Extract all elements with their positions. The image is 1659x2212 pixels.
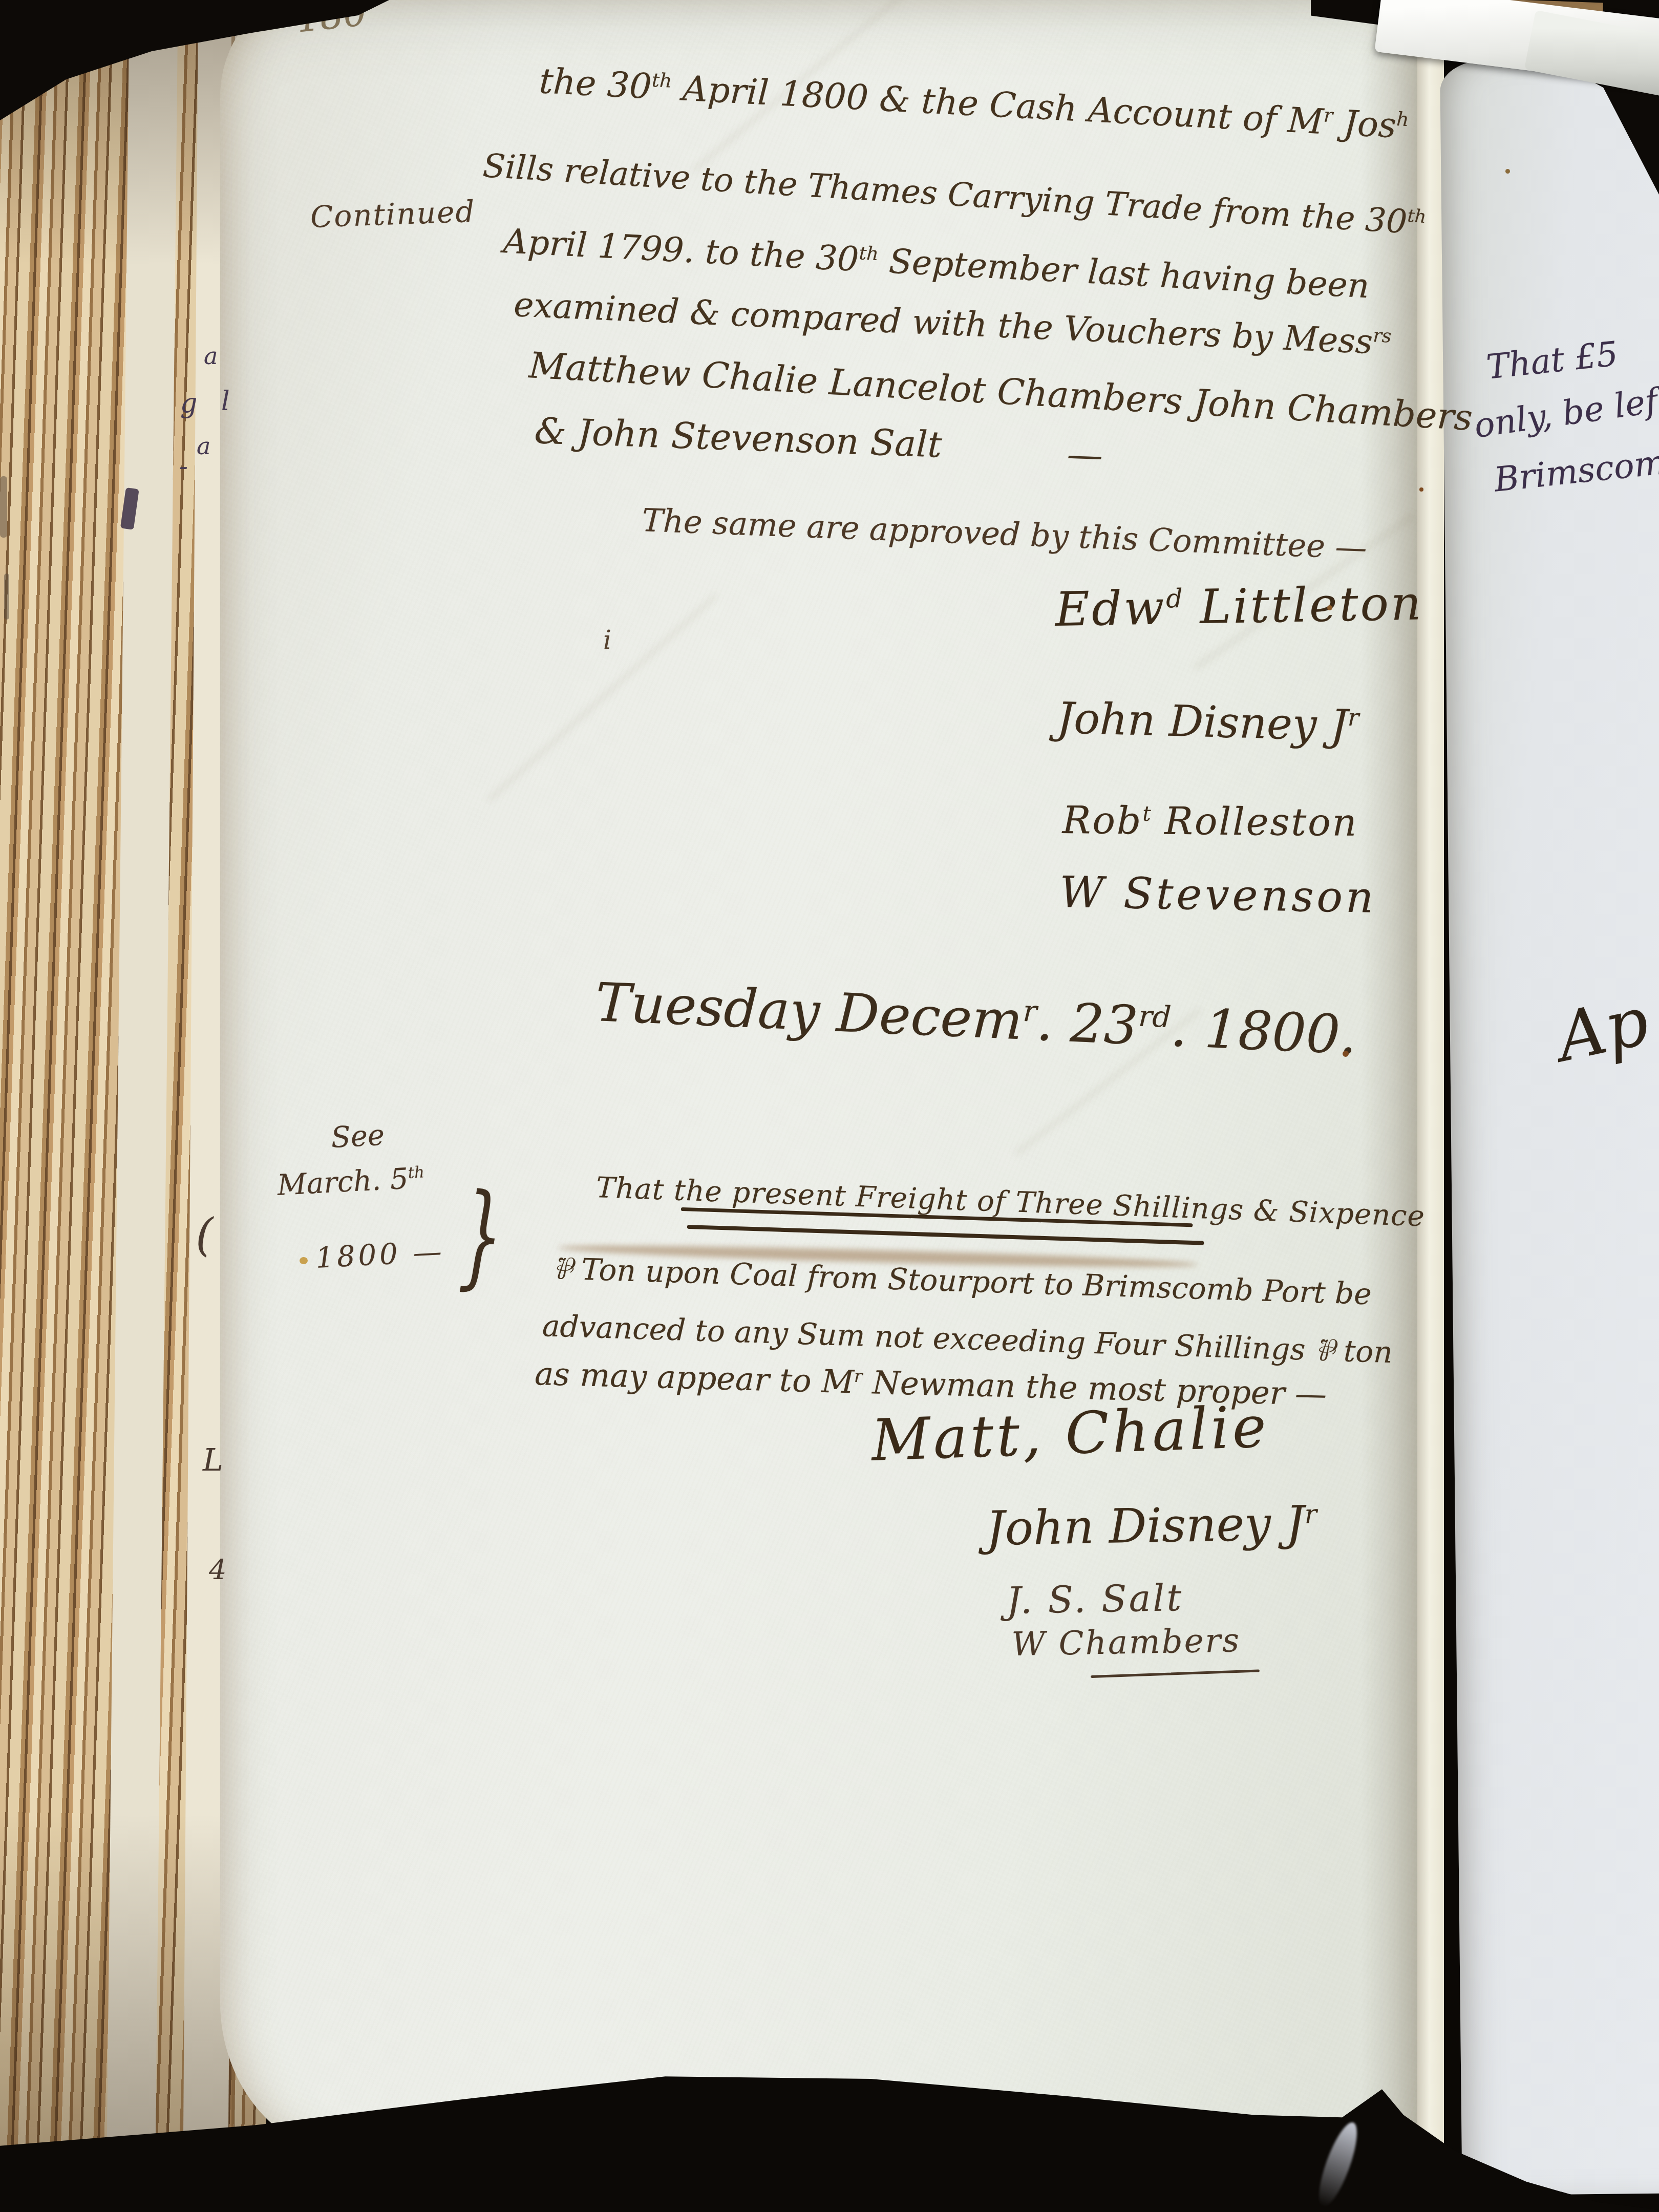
margin-note-year: 1800 — [315,1238,445,1273]
signature: J. S. Salt [1006,1579,1184,1619]
edge-fragment: i [603,627,611,653]
signature: W Stevenson [1059,870,1377,919]
edge-fragment: - [179,454,188,479]
foxing-speck [300,1257,308,1264]
edge-fragment: ( [196,1213,213,1258]
manuscript-photo: 180 Continued See March. 5th 1800 — } th… [0,0,1659,2212]
foxing-speck [1343,1051,1349,1057]
manuscript-dash: — [1067,436,1103,473]
signature: John Disney Jr [986,1500,1317,1552]
edge-fragment: l [221,388,230,415]
page-fore-edge [1417,20,1444,2156]
signature: Matt, Chalie [870,1398,1270,1470]
signature: John Disney Jr [1056,696,1359,747]
margin-note-continued: Continued [310,197,476,232]
foxing-speck [1505,169,1510,174]
right-page-fragment: Ap [1551,987,1654,1071]
edge-fragment: a [204,344,218,368]
edge-fragment: g [180,390,197,417]
foxing-speck [1327,605,1332,610]
margin-note-date: March. 5th [276,1164,426,1200]
signature: Edwd Littleton [1055,580,1423,633]
signature: W Chambers [1011,1624,1241,1661]
margin-note-see: See [330,1121,385,1153]
edge-fragment: L [203,1445,223,1476]
edge-squiggle [4,573,9,620]
signature: Robt Rolleston [1062,801,1358,842]
edge-fragment: 4 [209,1557,226,1584]
edge-squiggle [0,476,7,538]
margin-note-brace: } [457,1178,505,1293]
foxing-speck [1419,487,1423,492]
edge-fragment: a [197,434,210,458]
